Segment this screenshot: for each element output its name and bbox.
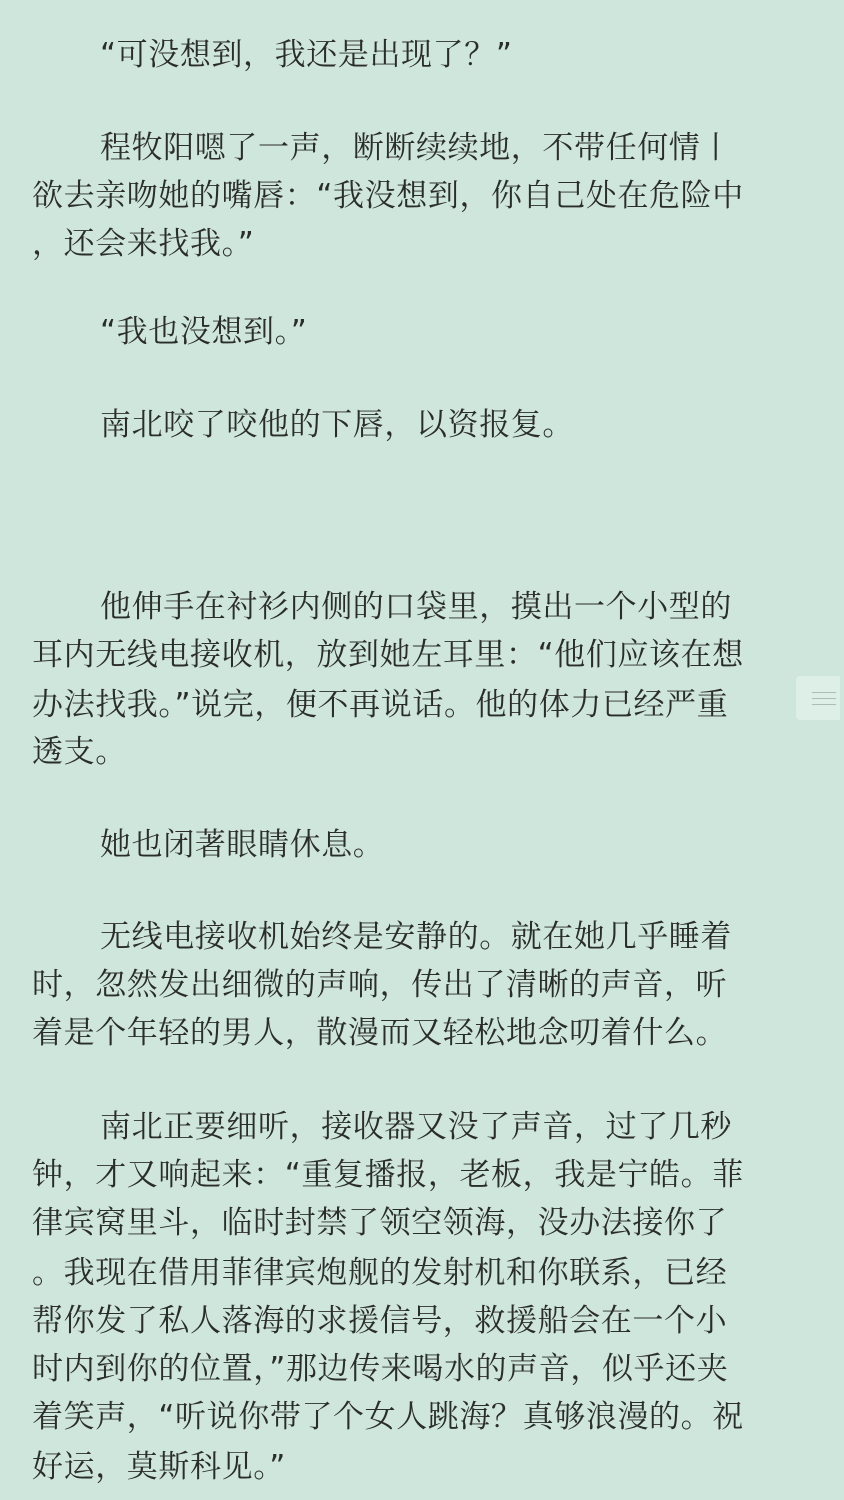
reader-page: “可没想到，我还是出现了？” 程牧阳嗯了一声，断断续续地，不带任何情丨 欲去亲吻…	[0, 0, 844, 1500]
text-line: ，还会来找我。”	[32, 220, 822, 268]
text-line: 南北正要细听，接收器又没了声音，过了几秒	[100, 1103, 844, 1151]
text-line: 南北咬了咬他的下唇，以资报复。	[100, 401, 844, 449]
text-line: 钟，才又响起来：“重复播报，老板，我是宁皓。菲	[32, 1151, 822, 1199]
text-line: “我也没想到。”	[100, 308, 844, 356]
text-line: 耳内无线电接收机，放到她左耳里：“他们应该在想	[32, 631, 822, 679]
text-line: 着笑声，“听说你带了个女人跳海？真够浪漫的。祝	[32, 1393, 822, 1441]
text-line: 透支。	[32, 728, 822, 776]
text-line: 时内到你的位置，”那边传来喝水的声音，似乎还夹	[32, 1345, 822, 1393]
text-line: 他伸手在衬衫内侧的口袋里，摸出一个小型的	[100, 583, 844, 631]
text-line: 办法找我。”说完，便不再说话。他的体力已经严重	[32, 681, 822, 729]
text-line: 她也闭著眼睛休息。	[100, 821, 844, 869]
text-line: 无线电接收机始终是安静的。就在她几乎睡着	[100, 913, 844, 961]
floating-menu-handle[interactable]	[796, 676, 840, 720]
text-line: 程牧阳嗯了一声，断断续续地，不带任何情丨	[100, 124, 844, 172]
text-line: 。我现在借用菲律宾炮舰的发射机和你联系，已经	[32, 1249, 822, 1297]
text-line: 欲去亲吻她的嘴唇：“我没想到，你自己处在危险中	[32, 172, 822, 220]
text-line: 着是个年轻的男人，散漫而又轻松地念叨着什么。	[32, 1009, 822, 1057]
text-line: 好运，莫斯科见。”	[32, 1443, 822, 1491]
menu-lines-icon	[812, 698, 836, 699]
text-line: 帮你发了私人落海的求援信号，救援船会在一个小	[32, 1297, 822, 1345]
text-line: 时，忽然发出细微的声响，传出了清晰的声音，听	[32, 961, 822, 1009]
text-line: 律宾窝里斗，临时封禁了领空领海，没办法接你了	[32, 1199, 822, 1247]
menu-lines-icon	[812, 692, 836, 693]
text-line: “可没想到，我还是出现了？”	[100, 31, 844, 79]
menu-lines-icon	[812, 704, 836, 705]
